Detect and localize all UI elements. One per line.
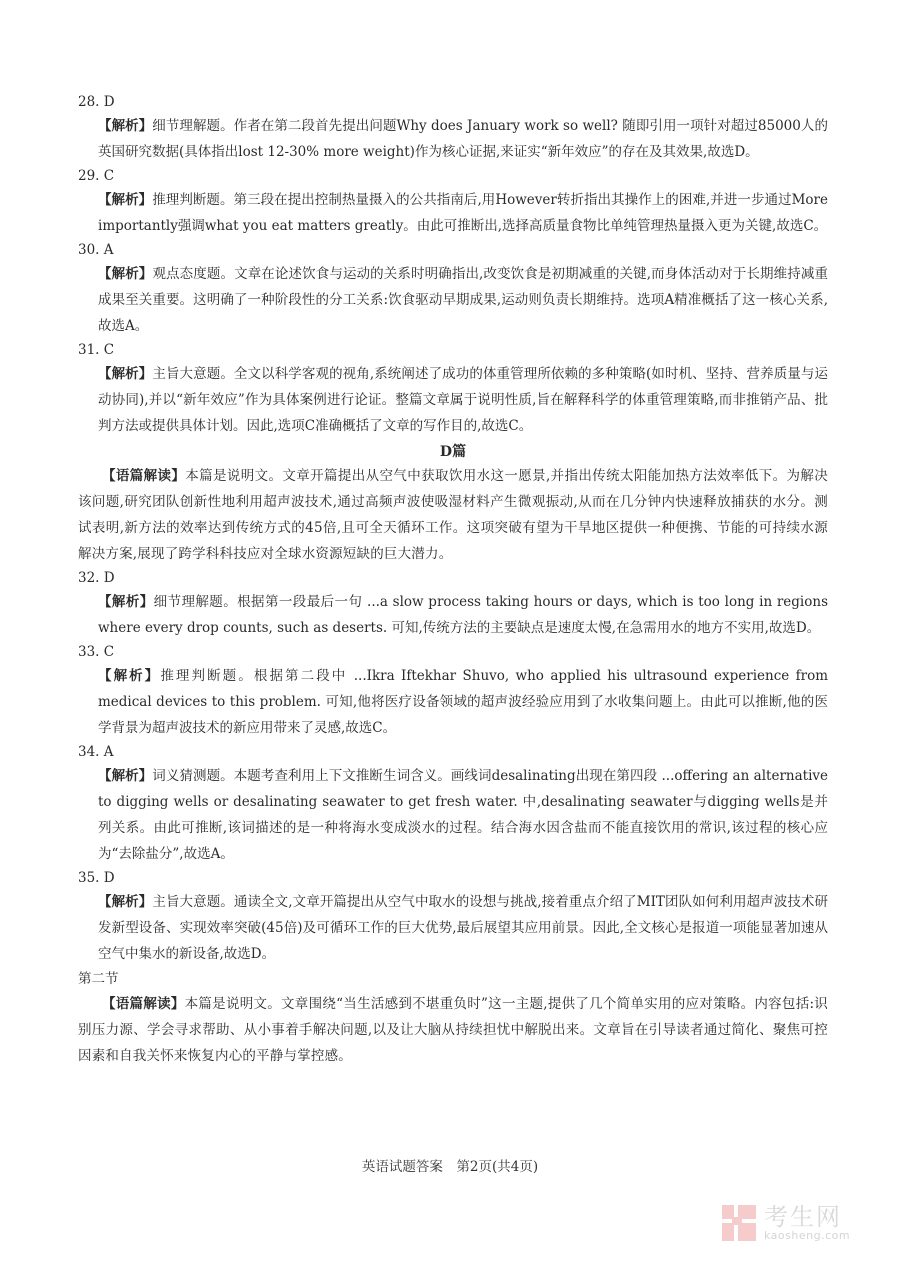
explanation: 【解析】词义猜测题。本题考查利用上下文推断生词含义。画线词desalinatin…	[98, 763, 828, 867]
passage-tag: 【语篇解读】	[102, 996, 185, 1012]
passage-text: 本篇是说明文。文章开篇提出从空气中获取饮用水这一愿景,并指出传统太阳能加热方法效…	[78, 468, 828, 562]
answer-item-34: 34. A 【解析】词义猜测题。本题考查利用上下文推断生词含义。画线词desal…	[78, 741, 828, 867]
explanation: 【解析】观点态度题。文章在论述饮食与运动的关系时明确指出,改变饮食是初期减重的关…	[98, 261, 828, 339]
explanation: 【解析】推理判断题。根据第二段中 ...Ikra Iftekhar Shuvo,…	[98, 663, 828, 741]
answer-item-32: 32. D 【解析】细节理解题。根据第一段最后一句 ...a slow proc…	[78, 567, 828, 641]
question-number: 31. C	[78, 339, 828, 361]
question-number: 28. D	[78, 91, 828, 113]
watermark-en: kaosheng.com	[764, 1230, 850, 1241]
section-d-title: D篇	[78, 441, 828, 463]
explanation-text: 观点态度题。文章在论述饮食与运动的关系时明确指出,改变饮食是初期减重的关键,而身…	[98, 266, 828, 334]
explanation-text: 词义猜测题。本题考查利用上下文推断生词含义。画线词desalinating出现在…	[98, 768, 828, 862]
explanation-text: 细节理解题。根据第一段最后一句 ...a slow process taking…	[98, 594, 828, 636]
question-number: 35. D	[78, 867, 828, 889]
explanation-text: 主旨大意题。全文以科学客观的视角,系统阐述了成功的体重管理所依赖的多种策略(如时…	[98, 366, 828, 434]
explanation: 【解析】细节理解题。作者在第二段首先提出问题Why does January w…	[98, 113, 828, 165]
page-footer: 英语试题答案 第2页(共4页)	[0, 1155, 900, 1175]
explanation-tag: 【解析】	[98, 668, 160, 684]
question-number: 32. D	[78, 567, 828, 589]
explanation: 【解析】主旨大意题。通读全文,文章开篇提出从空气中取水的设想与挑战,接着重点介绍…	[98, 889, 828, 967]
answer-key-page: 28. D 【解析】细节理解题。作者在第二段首先提出问题Why does Jan…	[0, 0, 900, 1263]
answer-item-29: 29. C 【解析】推理判断题。第三段在提出控制热量摄入的公共指南后,用Howe…	[78, 165, 828, 239]
kaosheng-logo-icon	[722, 1205, 756, 1241]
explanation-tag: 【解析】	[98, 266, 152, 282]
question-number: 30. A	[78, 239, 828, 261]
answer-item-30: 30. A 【解析】观点态度题。文章在论述饮食与运动的关系时明确指出,改变饮食是…	[78, 239, 828, 339]
question-number: 34. A	[78, 741, 828, 763]
watermark-text: 考生网 kaosheng.com	[764, 1205, 850, 1241]
watermark-cn: 考生网	[764, 1205, 850, 1229]
explanation: 【解析】细节理解题。根据第一段最后一句 ...a slow process ta…	[98, 589, 828, 641]
section-two-passage-summary: 【语篇解读】本篇是说明文。文章围绕“当生活感到不堪重负时”这一主题,提供了几个简…	[78, 991, 828, 1069]
explanation: 【解析】推理判断题。第三段在提出控制热量摄入的公共指南后,用However转折指…	[98, 187, 828, 239]
answer-item-28: 28. D 【解析】细节理解题。作者在第二段首先提出问题Why does Jan…	[78, 91, 828, 165]
passage-text: 本篇是说明文。文章围绕“当生活感到不堪重负时”这一主题,提供了几个简单实用的应对…	[78, 996, 828, 1064]
explanation-tag: 【解析】	[98, 192, 152, 208]
explanation-text: 主旨大意题。通读全文,文章开篇提出从空气中取水的设想与挑战,接着重点介绍了MIT…	[98, 894, 828, 962]
explanation-text: 推理判断题。根据第二段中 ...Ikra Iftekhar Shuvo, who…	[98, 668, 828, 736]
explanation-tag: 【解析】	[98, 594, 154, 610]
answer-item-31: 31. C 【解析】主旨大意题。全文以科学客观的视角,系统阐述了成功的体重管理所…	[78, 339, 828, 439]
question-number: 29. C	[78, 165, 828, 187]
explanation-tag: 【解析】	[98, 768, 152, 784]
page-content: 28. D 【解析】细节理解题。作者在第二段首先提出问题Why does Jan…	[78, 91, 828, 1069]
section-d-passage-summary: 【语篇解读】本篇是说明文。文章开篇提出从空气中获取饮用水这一愿景,并指出传统太阳…	[78, 463, 828, 567]
answer-item-33: 33. C 【解析】推理判断题。根据第二段中 ...Ikra Iftekhar …	[78, 641, 828, 741]
explanation-text: 推理判断题。第三段在提出控制热量摄入的公共指南后,用However转折指出其操作…	[98, 192, 828, 234]
explanation-tag: 【解析】	[98, 118, 152, 134]
explanation-tag: 【解析】	[98, 894, 152, 910]
explanation-text: 细节理解题。作者在第二段首先提出问题Why does January work …	[98, 118, 828, 160]
explanation-tag: 【解析】	[98, 366, 152, 382]
passage-tag: 【语篇解读】	[102, 468, 185, 484]
question-number: 33. C	[78, 641, 828, 663]
watermark: 考生网 kaosheng.com	[722, 1203, 892, 1243]
section-two-title: 第二节	[78, 967, 828, 991]
answer-item-35: 35. D 【解析】主旨大意题。通读全文,文章开篇提出从空气中取水的设想与挑战,…	[78, 867, 828, 967]
explanation: 【解析】主旨大意题。全文以科学客观的视角,系统阐述了成功的体重管理所依赖的多种策…	[98, 361, 828, 439]
